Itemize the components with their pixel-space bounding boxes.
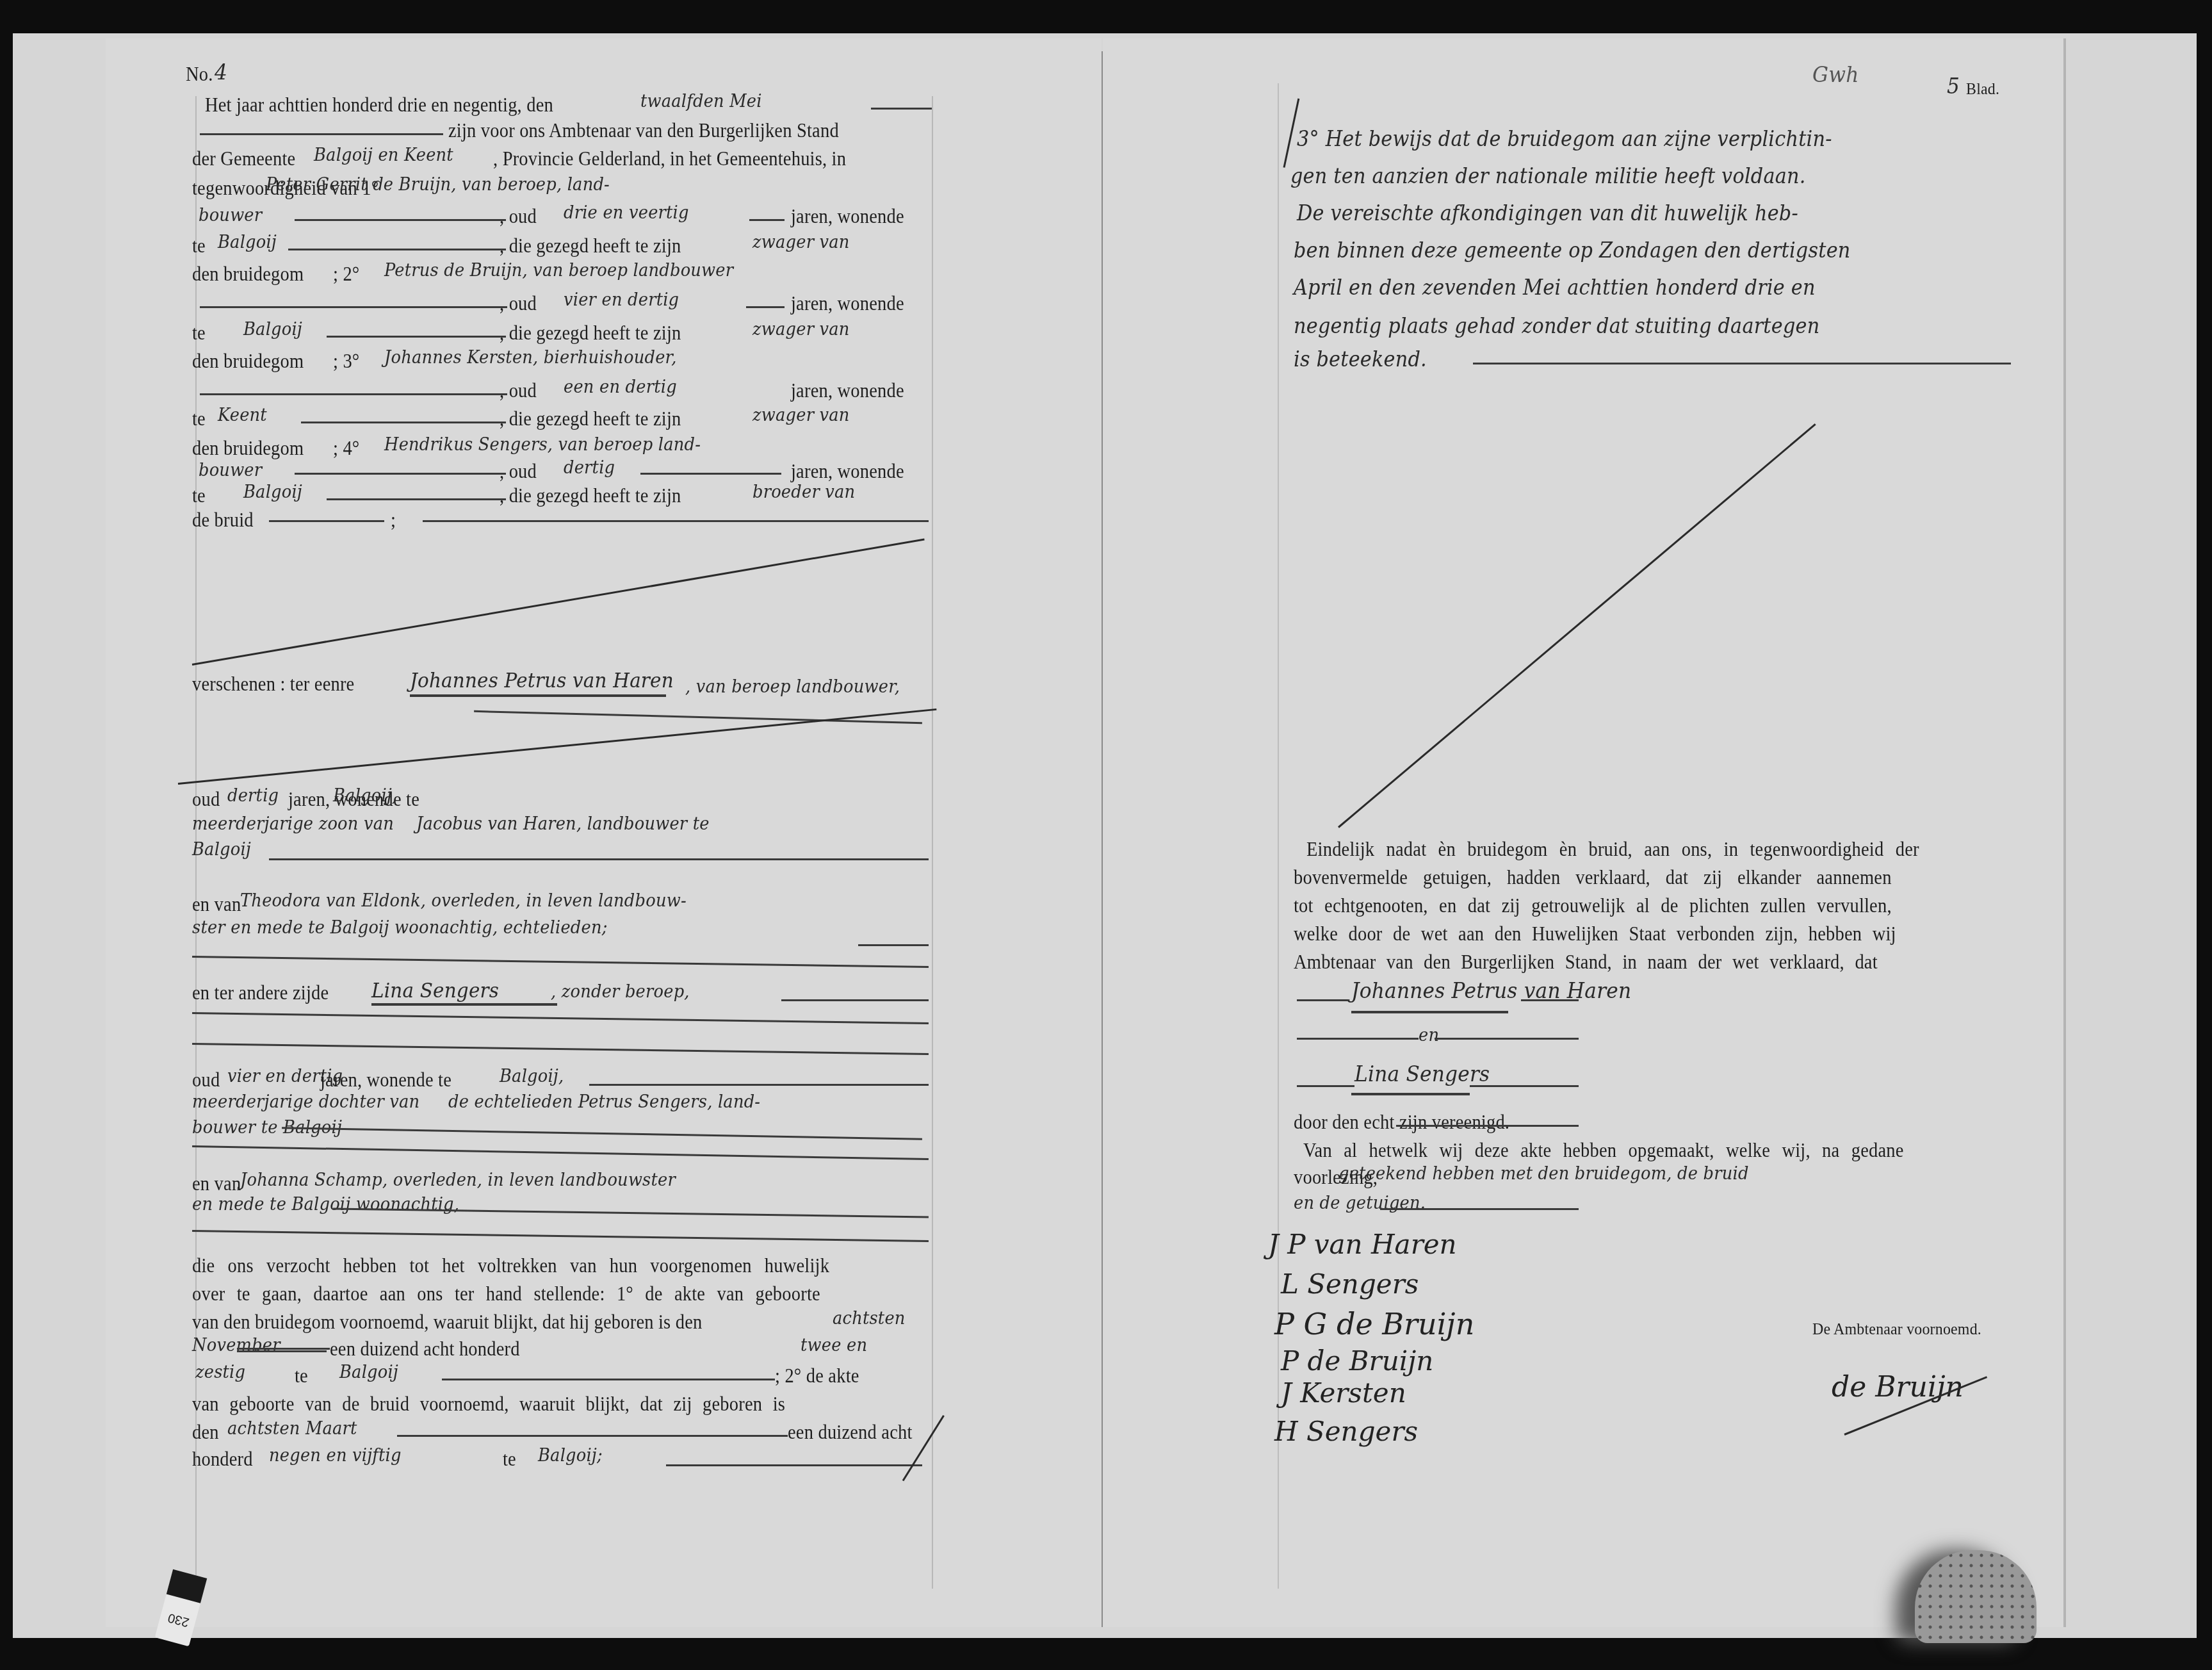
fill-line bbox=[1470, 1085, 1579, 1087]
hand-line-5: April en den zevenden Mei achttien honde… bbox=[1294, 277, 1816, 298]
witness-1-name: Peter Gerrit de Bruijn, van beroep, land… bbox=[266, 176, 610, 193]
fill-line bbox=[746, 306, 785, 308]
witness-2-age: vier en dertig bbox=[564, 291, 679, 309]
fill-line bbox=[1396, 1125, 1579, 1127]
witness-1-residence: Balgoij bbox=[218, 233, 277, 251]
archive-tab-number: 230 bbox=[167, 1610, 191, 1630]
fill-line bbox=[640, 473, 781, 475]
fill-line bbox=[269, 520, 384, 522]
right-page-margin-rule bbox=[1278, 83, 1279, 1589]
witness-1-relation: zwager van bbox=[752, 233, 850, 251]
bride-father: de echtelieden Petrus Sengers, land- bbox=[448, 1093, 760, 1111]
appeared-label: verschenen : ter eenre bbox=[192, 674, 354, 694]
age-label: , oud bbox=[500, 381, 537, 400]
witness-1-occupation: bouwer bbox=[199, 206, 262, 224]
and-conjunction: en bbox=[1419, 1026, 1439, 1044]
age-label: , oud bbox=[500, 206, 537, 226]
united-text: door den echt zijn vereenigd. bbox=[1294, 1112, 1509, 1132]
daughter-of-label: meerderjarige dochter van bbox=[192, 1093, 419, 1111]
groom-birth-day: achtsten bbox=[833, 1309, 906, 1327]
request-line-1: die ons verzocht hebben tot het voltrekk… bbox=[192, 1256, 829, 1275]
fill-line bbox=[1473, 363, 2011, 364]
fill-line bbox=[200, 133, 443, 135]
son-of-label: meerderjarige zoon van bbox=[192, 815, 394, 833]
relation-label: , die gezegd heeft te zijn bbox=[500, 486, 681, 505]
bride-name: Lina Sengers bbox=[371, 980, 499, 1001]
witness-4-occupation: bouwer bbox=[199, 461, 262, 479]
bride-mother: Johanna Schamp, overleden, in leven land… bbox=[240, 1171, 676, 1189]
hand-line-7: is beteekend. bbox=[1294, 348, 1427, 370]
name-underline bbox=[371, 1003, 557, 1006]
bride-birth-intro: van geboorte van de bruid voornoemd, waa… bbox=[192, 1394, 785, 1414]
fill-line bbox=[295, 219, 506, 221]
groom-name: Johannes Petrus van Haren bbox=[410, 670, 674, 691]
signature-witness-2: P de Bruijn bbox=[1281, 1345, 1433, 1377]
closing-line-2: bovenvermelde getuigen, hadden verklaard… bbox=[1294, 867, 1892, 887]
fill-line bbox=[858, 944, 929, 946]
birth-year-label: een duizend acht honderd bbox=[330, 1339, 520, 1359]
record-number-label: No. bbox=[186, 64, 213, 84]
age-label: , oud bbox=[500, 293, 537, 313]
hand-line-3: De vereischte afkondigingen van dit huwe… bbox=[1297, 202, 1798, 224]
at-label: te bbox=[192, 486, 206, 505]
official-signature: de Bruijn bbox=[1832, 1371, 1964, 1404]
age-label: oud bbox=[192, 1070, 220, 1090]
witness-4-age: dertig bbox=[564, 459, 615, 477]
witness-3-name: Johannes Kersten, bierhuishouder, bbox=[384, 348, 677, 366]
relation-label: , die gezegd heeft te zijn bbox=[500, 236, 681, 256]
closing-line-1: Eindelijk nadat èn bruidegom èn bruid, a… bbox=[1306, 839, 1919, 859]
birth-year-label: een duizend acht bbox=[788, 1422, 913, 1442]
witness-2-relation: zwager van bbox=[752, 320, 850, 338]
fill-line bbox=[327, 498, 506, 500]
fill-line bbox=[781, 999, 929, 1001]
fill-line bbox=[288, 249, 506, 250]
municipality-name: Balgoij en Keent bbox=[314, 146, 453, 164]
age-label: , oud bbox=[500, 461, 537, 481]
residing-label: jaren, wonende bbox=[791, 293, 904, 313]
fill-line bbox=[423, 520, 929, 522]
request-line-2: over te gaan, daartoe aan ons ter hand s… bbox=[192, 1284, 820, 1304]
hand-line-4: ben binnen deze gemeente op Zondagen den… bbox=[1294, 240, 1851, 261]
witness-2-residence: Balgoij bbox=[243, 320, 302, 338]
signature-groom: J P van Haren bbox=[1268, 1229, 1457, 1260]
fill-line bbox=[1297, 999, 1348, 1001]
groom-occupation: , van beroep landbouwer, bbox=[685, 678, 900, 696]
fill-line bbox=[1297, 1038, 1419, 1040]
witness-2-name: Petrus de Bruijn, van beroep landbouwer bbox=[384, 261, 733, 279]
fill-line bbox=[269, 858, 929, 860]
bride-birth-year: negen en vijftig bbox=[269, 1446, 402, 1464]
folio-label: Blad. bbox=[1966, 81, 1999, 97]
witness-1-age: drie en veertig bbox=[564, 204, 689, 222]
groom-birth-year: twee en bbox=[801, 1336, 867, 1354]
fill-line bbox=[301, 422, 506, 423]
relation-label: , die gezegd heeft te zijn bbox=[500, 323, 681, 343]
archive-annotation: Gwh bbox=[1812, 64, 1858, 86]
witness-3-label: ; 3° bbox=[333, 351, 359, 371]
at-label: te bbox=[192, 409, 206, 429]
bride-birth-day-month: achtsten Maart bbox=[227, 1420, 357, 1437]
signature-witness-1: P G de Bruijn bbox=[1274, 1307, 1474, 1341]
groom-mother: Theodora van Eldonk, overleden, in leven… bbox=[240, 892, 687, 910]
second-deed-label: ; 2° de akte bbox=[775, 1366, 859, 1386]
witness-4-label: ; 4° bbox=[333, 438, 359, 458]
residing-label: jaren, wonende te bbox=[320, 1070, 451, 1090]
and-of-label: en van bbox=[192, 894, 241, 914]
witness-4-name: Hendrikus Sengers, van beroep land- bbox=[384, 436, 701, 454]
fill-line bbox=[589, 1084, 929, 1086]
fill-line bbox=[237, 1348, 330, 1350]
groom-mother-cont: ster en mede te Balgoij woonachtig, echt… bbox=[192, 919, 608, 937]
at-label: te bbox=[192, 323, 206, 343]
witness-4-residence: Balgoij bbox=[243, 483, 302, 501]
bride-residence: Balgoij, bbox=[500, 1067, 564, 1085]
request-line-3: van den bruidegom voornoemd, waaruit bli… bbox=[192, 1312, 702, 1332]
groom-birth-place: Balgoij bbox=[339, 1363, 398, 1381]
fill-line bbox=[666, 1464, 922, 1466]
groom-label: den bruidegom bbox=[192, 264, 304, 284]
name-underline bbox=[1351, 1011, 1508, 1013]
age-label: oud bbox=[192, 789, 220, 809]
signature-witness-4: H Sengers bbox=[1274, 1416, 1418, 1447]
closing-line-3: tot echtgenooten, en dat zij getrouwelij… bbox=[1294, 896, 1892, 915]
marriage-date: twaalfden Mei bbox=[640, 92, 762, 110]
residing-label: jaren, wonende bbox=[791, 381, 904, 400]
closing-line-5: Ambtenaar van den Burgerlijken Stand, in… bbox=[1294, 952, 1878, 972]
fill-line bbox=[749, 219, 785, 221]
fill-line bbox=[200, 393, 507, 395]
municipality-label: der Gemeente bbox=[192, 149, 295, 168]
groom-age: dertig bbox=[227, 787, 279, 805]
groom-name-closing: Johannes Petrus van Haren bbox=[1351, 980, 1631, 1002]
witness-3-residence: Keent bbox=[218, 406, 267, 424]
at-label: te bbox=[192, 236, 206, 256]
groom-father-place: Balgoij bbox=[192, 840, 251, 858]
folio-number: 5 bbox=[1947, 76, 1960, 97]
groom-residence: Balgoij, bbox=[333, 787, 397, 805]
groom-label: den bruidegom bbox=[192, 438, 304, 458]
witness-4-relation: broeder van bbox=[752, 483, 855, 501]
closing-line-4: welke door de wet aan den Huwelijken Sta… bbox=[1294, 924, 1896, 944]
residing-label: jaren, wonende bbox=[791, 206, 904, 226]
record-number: 4 bbox=[215, 61, 227, 83]
groom-father: Jacobus van Haren, landbouwer te bbox=[416, 815, 710, 833]
fill-line bbox=[1380, 1208, 1579, 1210]
fill-line bbox=[295, 473, 506, 475]
name-underline bbox=[1351, 1093, 1470, 1095]
semicolon: ; bbox=[391, 510, 396, 530]
left-right-margin-rule bbox=[932, 96, 933, 1589]
hand-line-1: 3° Het bewijs dat de bruidegom aan zijne… bbox=[1297, 128, 1832, 149]
intro-text: Het jaar achttien honderd drie en negent… bbox=[205, 95, 553, 115]
hand-line-6: negentig plaats gehad zonder dat stuitin… bbox=[1294, 315, 1819, 336]
fill-line bbox=[237, 1350, 327, 1352]
fill-line bbox=[1521, 999, 1579, 1001]
fill-line bbox=[1297, 1085, 1354, 1087]
bride-name-closing: Lina Sengers bbox=[1354, 1063, 1490, 1085]
fill-line bbox=[327, 336, 506, 338]
official-text: zijn voor ons Ambtenaar van den Burgerli… bbox=[448, 120, 839, 140]
fill-line bbox=[442, 1379, 775, 1380]
fill-line bbox=[871, 108, 932, 110]
signature-bride: L Sengers bbox=[1281, 1268, 1419, 1300]
relation-label: , die gezegd heeft te zijn bbox=[500, 409, 681, 429]
witness-3-age: een en dertig bbox=[564, 378, 677, 396]
and-of-label: en van bbox=[192, 1174, 241, 1193]
at-label: te bbox=[503, 1449, 516, 1469]
official-label: De Ambtenaar voornoemd. bbox=[1812, 1321, 1981, 1338]
residing-label: jaren, wonende bbox=[791, 461, 904, 481]
witness-3-relation: zwager van bbox=[752, 406, 850, 424]
drawn-up-text: Van al hetwelk wij deze akte hebben opge… bbox=[1303, 1140, 1904, 1160]
fill-line bbox=[200, 306, 507, 308]
honderd-label: honderd bbox=[192, 1449, 253, 1469]
signature-witness-3: J Kersten bbox=[1281, 1377, 1406, 1409]
bride-birth-place: Balgoij; bbox=[538, 1446, 603, 1464]
at-label: te bbox=[295, 1366, 308, 1386]
name-underline bbox=[410, 694, 666, 697]
signed-with-text: geteekend hebben met den bruidegom, de b… bbox=[1338, 1165, 1749, 1183]
den-label: den bbox=[192, 1422, 219, 1442]
groom-label: den bruidegom bbox=[192, 351, 304, 371]
hand-line-2: gen ten aanzien der nationale militie he… bbox=[1290, 165, 1806, 186]
witness-2-label: ; 2° bbox=[333, 264, 359, 284]
groom-birth-year-cont: zestig bbox=[195, 1363, 245, 1381]
province-text: , Provincie Gelderland, in het Gemeenteh… bbox=[493, 149, 846, 168]
fill-line bbox=[1435, 1038, 1579, 1040]
fill-line bbox=[397, 1435, 788, 1437]
bride-label: de bruid bbox=[192, 510, 254, 530]
other-side-label: en ter andere zijde bbox=[192, 983, 329, 1003]
bride-occupation: , zonder beroep, bbox=[551, 983, 690, 1001]
